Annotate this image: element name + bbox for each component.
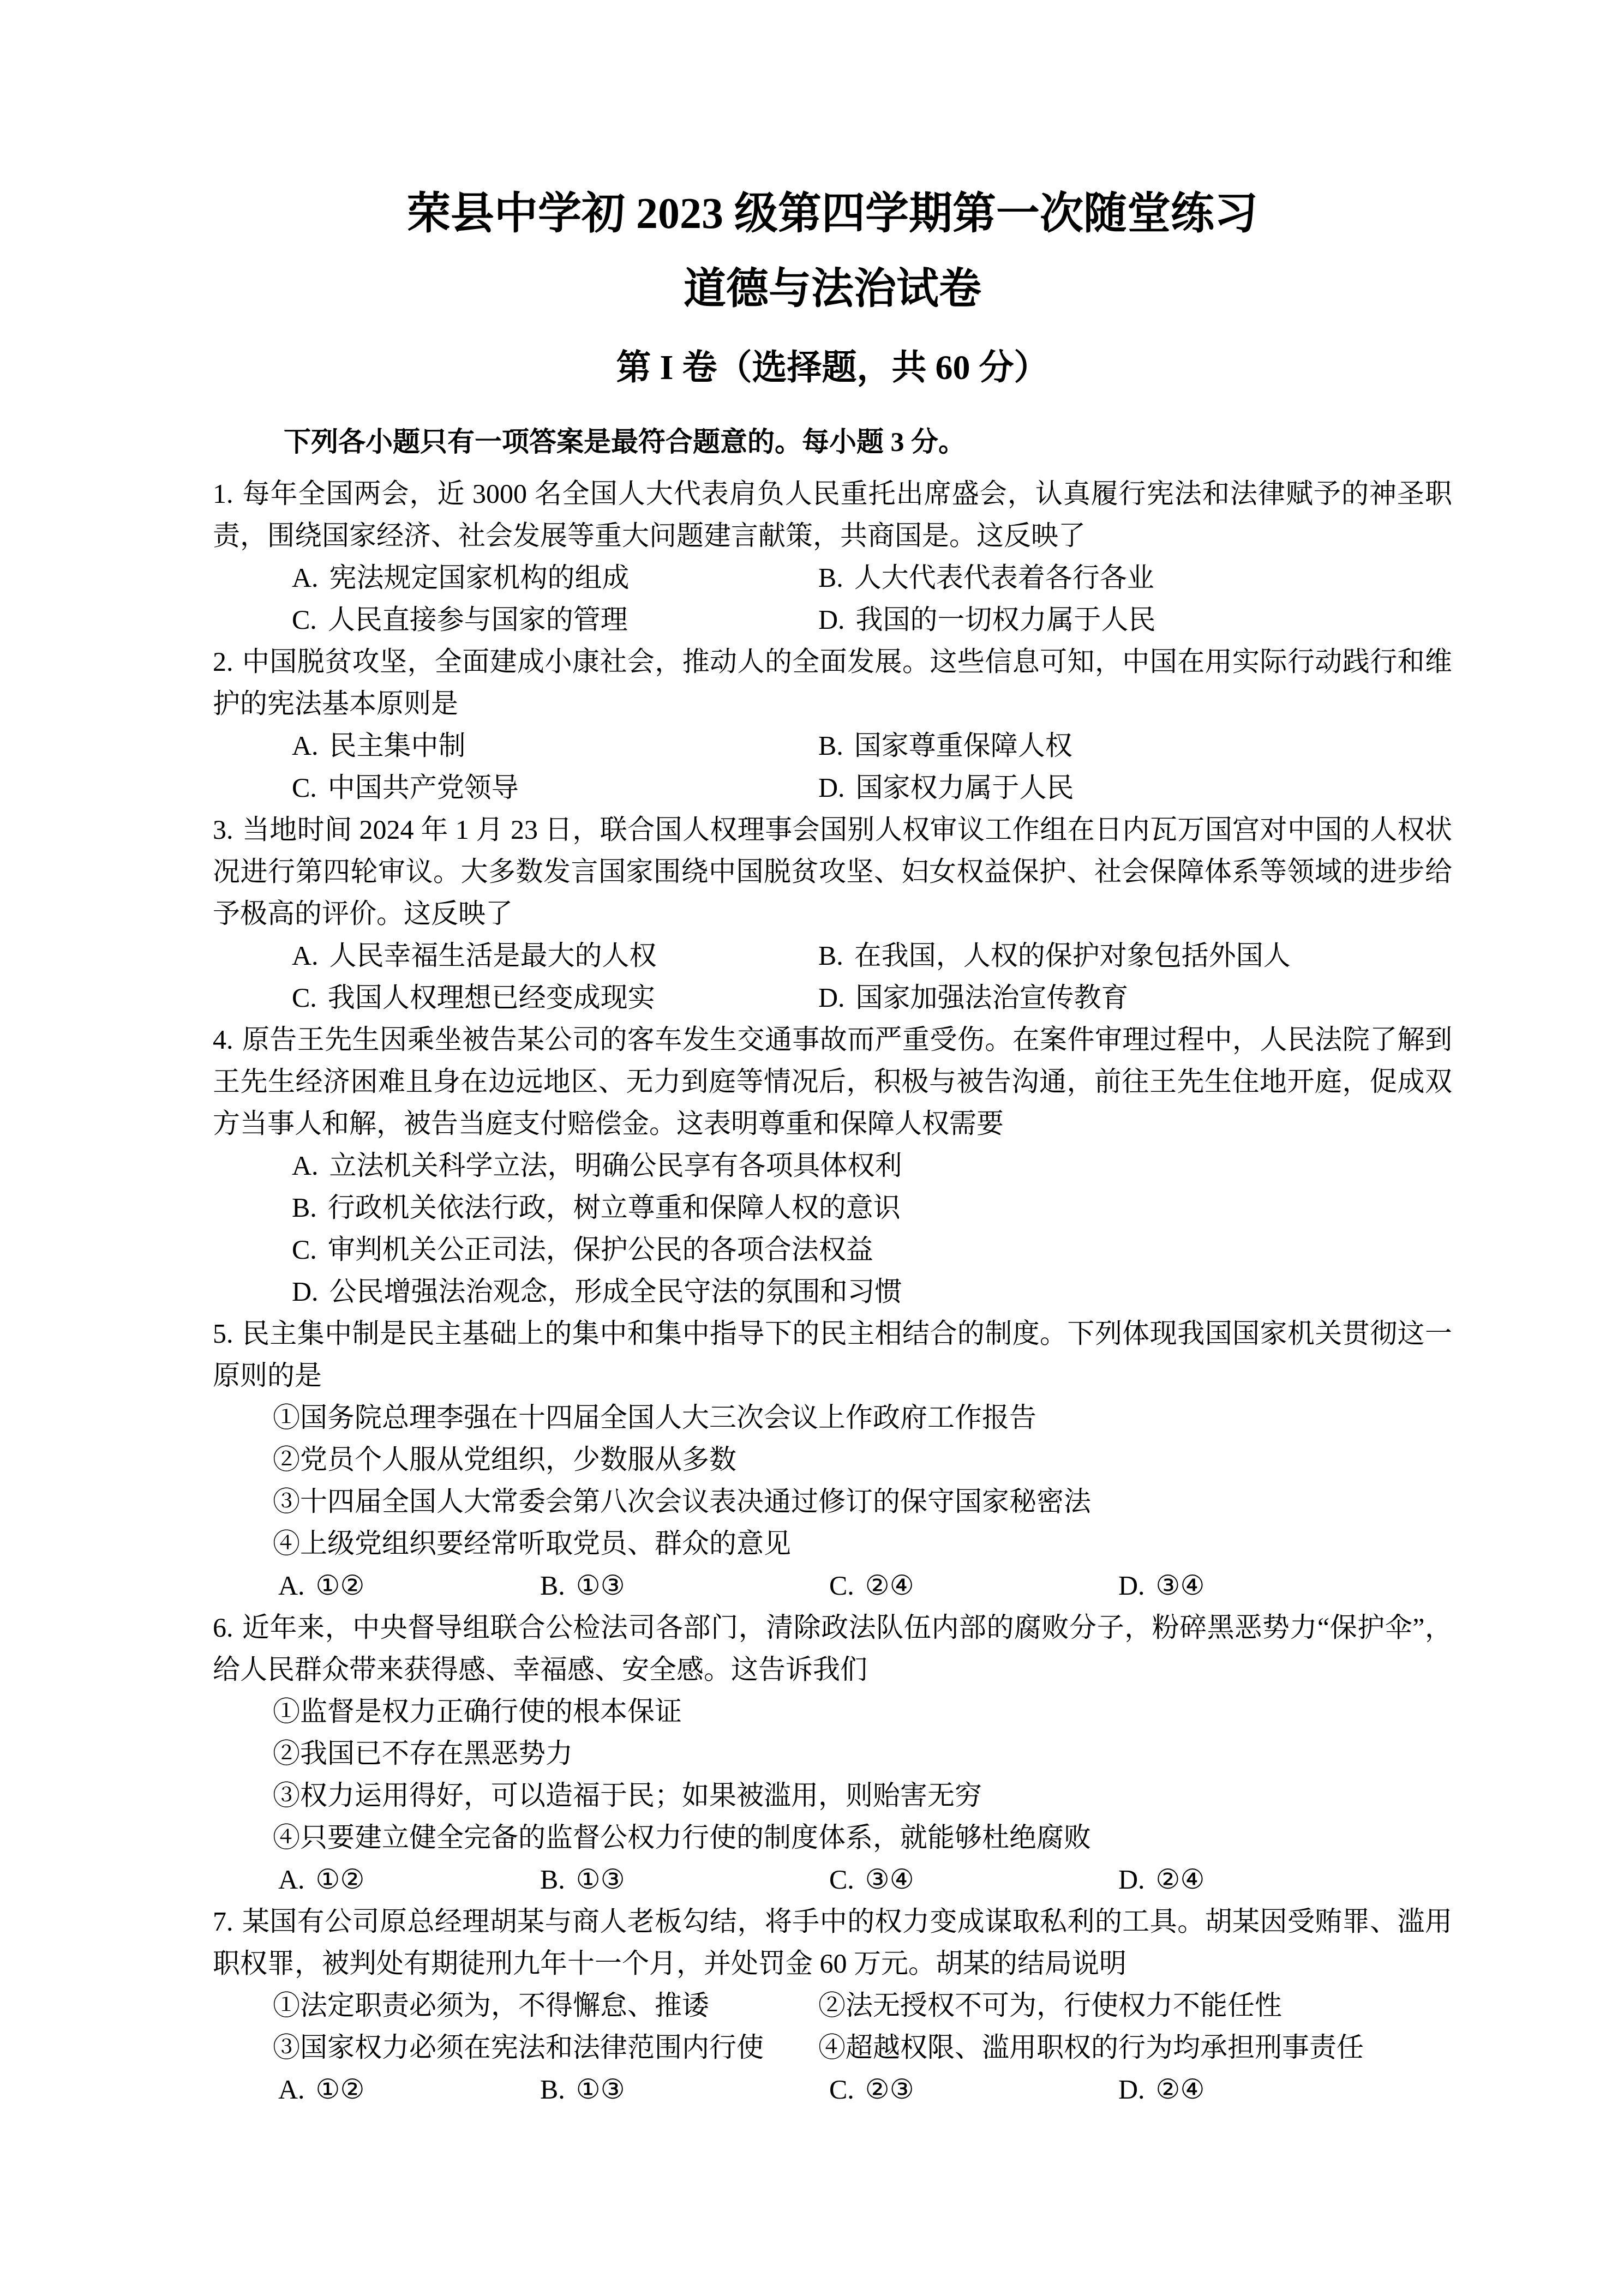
option-text: 人大代表代表着各行各业 (854, 562, 1154, 593)
question-number: 4. (213, 1024, 233, 1055)
statement-4: ④上级党组织要经常听取党员、群众的意见 (273, 1523, 1452, 1565)
option-label: B. (818, 562, 843, 593)
option-text: 立法机关科学立法，明确公民享有各项具体权利 (329, 1150, 902, 1181)
option-b: B.①③ (540, 1859, 829, 1901)
option-text: 民主集中制 (329, 730, 466, 761)
question-4-options: A.立法机关科学立法，明确公民享有各项具体权利 B.行政机关依法行政，树立尊重和… (292, 1145, 1452, 1313)
option-label: B. (292, 1192, 317, 1223)
statement-3: ③国家权力必须在宪法和法律范围内行使 (273, 2027, 818, 2069)
question-4: 4.原告王先生因乘坐被告某公司的客车发生交通事故而严重受伤。在案件审理过程中，人… (213, 1019, 1452, 1313)
question-number: 2. (213, 646, 233, 677)
option-label: B. (540, 1864, 565, 1895)
option-text: ①② (316, 1570, 365, 1601)
question-number: 3. (213, 814, 233, 845)
option-text: ①③ (576, 1570, 625, 1601)
option-d: D.②④ (1118, 1859, 1452, 1901)
section-title: 第 I 卷（选择题，共 60 分） (213, 342, 1452, 393)
option-text: 我国的一切权力属于人民 (856, 604, 1156, 635)
question-7-stem: 7.某国有公司原总经理胡某与商人老板勾结，将手中的权力变成谋取私利的工具。胡某因… (213, 1901, 1452, 1985)
option-label: B. (818, 940, 843, 971)
option-label: C. (829, 1570, 854, 1601)
option-label: A. (292, 1150, 319, 1181)
option-d: D.③④ (1118, 1565, 1452, 1607)
option-label: D. (818, 604, 845, 635)
exam-title: 荣县中学初 2023 级第四学期第一次随堂练习 (213, 185, 1452, 242)
option-label: C. (292, 982, 317, 1013)
statement-2: ②法无授权不可为，行使权力不能任性 (818, 1985, 1452, 2027)
option-text: 中国共产党领导 (328, 772, 519, 803)
option-b: B.在我国，人权的保护对象包括外国人 (818, 935, 1452, 977)
question-4-stem: 4.原告王先生因乘坐被告某公司的客车发生交通事故而严重受伤。在案件审理过程中，人… (213, 1019, 1452, 1145)
option-label: B. (540, 1570, 565, 1601)
option-a: A.立法机关科学立法，明确公民享有各项具体权利 (292, 1145, 1452, 1187)
statement-3: ③十四届全国人大常委会第八次会议表决通过修订的保守国家秘密法 (273, 1481, 1452, 1523)
statement-3: ③权力运用得好，可以造福于民；如果被滥用，则贻害无穷 (273, 1775, 1452, 1817)
option-label: D. (1118, 2074, 1145, 2105)
option-label: D. (818, 982, 845, 1013)
option-a: A.民主集中制 (292, 725, 818, 767)
instruction-text: 下列各小题只有一项答案是最符合题意的。每小题 3 分。 (213, 421, 1452, 463)
option-label: D. (1118, 1570, 1145, 1601)
option-label: A. (292, 940, 319, 971)
question-6-stem: 6.近年来，中央督导组联合公检法司各部门，清除政法队伍内部的腐败分子，粉碎黑恶势… (213, 1607, 1452, 1691)
option-text: 人民直接参与国家的管理 (328, 604, 628, 635)
question-7: 7.某国有公司原总经理胡某与商人老板勾结，将手中的权力变成谋取私利的工具。胡某因… (213, 1901, 1452, 2111)
statement-2: ②党员个人服从党组织，少数服从多数 (273, 1439, 1452, 1481)
option-label: A. (278, 1570, 305, 1601)
option-c: C.我国人权理想已经变成现实 (292, 977, 818, 1019)
question-1-stem: 1.每年全国两会，近 3000 名全国人大代表肩负人民重托出席盛会，认真履行宪法… (213, 473, 1452, 557)
question-number: 1. (213, 478, 233, 509)
question-6: 6.近年来，中央督导组联合公检法司各部门，清除政法队伍内部的腐败分子，粉碎黑恶势… (213, 1607, 1452, 1901)
option-text: ②④ (865, 1570, 914, 1601)
statement-4: ④超越权限、滥用职权的行为均承担刑事责任 (818, 2027, 1452, 2069)
statement-1: ①法定职责必须为，不得懈怠、推诿 (273, 1985, 818, 2027)
option-label: C. (292, 604, 317, 635)
subject-title: 道德与法治试卷 (213, 262, 1452, 316)
option-text: 宪法规定国家机构的组成 (329, 562, 630, 593)
option-text: ①② (316, 1864, 365, 1895)
question-text: 当地时间 2024 年 1 月 23 日，联合国人权理事会国别人权审议工作组在日… (213, 814, 1452, 929)
option-d: D.国家权力属于人民 (818, 767, 1452, 809)
option-b: B.人大代表代表着各行各业 (818, 557, 1452, 599)
option-d: D.我国的一切权力属于人民 (818, 599, 1452, 641)
option-text: ②③ (865, 2074, 914, 2105)
question-5: 5.民主集中制是民主基础上的集中和集中指导下的民主相结合的制度。下列体现我国国家… (213, 1313, 1452, 1607)
question-3-stem: 3.当地时间 2024 年 1 月 23 日，联合国人权理事会国别人权审议工作组… (213, 809, 1452, 935)
option-label: D. (292, 1276, 319, 1307)
option-c: C.人民直接参与国家的管理 (292, 599, 818, 641)
option-c: C.②③ (829, 2069, 1118, 2111)
option-text: 我国人权理想已经变成现实 (328, 982, 655, 1013)
statement-4: ④只要建立健全完备的监督公权力行使的制度体系，就能够杜绝腐败 (273, 1817, 1452, 1859)
option-text: ①③ (576, 2074, 625, 2105)
option-label: D. (1118, 1864, 1145, 1895)
option-label: A. (278, 1864, 305, 1895)
option-c: C.②④ (829, 1565, 1118, 1607)
option-label: C. (292, 772, 317, 803)
option-d: D.公民增强法治观念，形成全民守法的氛围和习惯 (292, 1271, 1452, 1313)
option-a: A.人民幸福生活是最大的人权 (292, 935, 818, 977)
question-3: 3.当地时间 2024 年 1 月 23 日，联合国人权理事会国别人权审议工作组… (213, 809, 1452, 1019)
question-text: 中国脱贫攻坚，全面建成小康社会，推动人的全面发展。这些信息可知，中国在用实际行动… (213, 646, 1452, 719)
option-c: C.中国共产党领导 (292, 767, 818, 809)
question-5-items: ①国务院总理李强在十四届全国人大三次会议上作政府工作报告 ②党员个人服从党组织，… (273, 1397, 1452, 1565)
option-d: D.②④ (1118, 2069, 1452, 2111)
option-text: 国家权力属于人民 (856, 772, 1074, 803)
option-b: B.行政机关依法行政，树立尊重和保障人权的意识 (292, 1187, 1452, 1229)
option-text: 审判机关公正司法，保护公民的各项合法权益 (328, 1234, 873, 1265)
question-7-items-row1: ①法定职责必须为，不得懈怠、推诿 ②法无授权不可为，行使权力不能任性 (273, 1985, 1452, 2027)
option-label: C. (829, 1864, 854, 1895)
statement-2: ②我国已不存在黑恶势力 (273, 1733, 1452, 1775)
option-text: ①③ (576, 1864, 625, 1895)
option-text: ③④ (865, 1864, 914, 1895)
option-text: ②④ (1156, 2074, 1205, 2105)
option-b: B.国家尊重保障人权 (818, 725, 1452, 767)
option-text: 公民增强法治观念，形成全民守法的氛围和习惯 (329, 1276, 902, 1307)
option-text: 人民幸福生活是最大的人权 (329, 940, 657, 971)
option-b: B.①③ (540, 2069, 829, 2111)
question-number: 6. (213, 1612, 233, 1643)
option-label: D. (818, 772, 845, 803)
option-label: C. (292, 1234, 317, 1265)
question-1-options: A.宪法规定国家机构的组成 B.人大代表代表着各行各业 C.人民直接参与国家的管… (292, 557, 1452, 641)
question-number: 5. (213, 1318, 233, 1349)
option-a: A.①② (278, 1565, 540, 1607)
option-a: A.①② (278, 1859, 540, 1901)
option-label: A. (292, 730, 319, 761)
question-7-options: A.①② B.①③ C.②③ D.②④ (278, 2069, 1452, 2111)
option-text: 行政机关依法行政，树立尊重和保障人权的意识 (328, 1192, 901, 1223)
option-text: ②④ (1156, 1864, 1205, 1895)
question-2: 2.中国脱贫攻坚，全面建成小康社会，推动人的全面发展。这些信息可知，中国在用实际… (213, 641, 1452, 809)
question-text: 每年全国两会，近 3000 名全国人大代表肩负人民重托出席盛会，认真履行宪法和法… (213, 478, 1452, 551)
question-2-stem: 2.中国脱贫攻坚，全面建成小康社会，推动人的全面发展。这些信息可知，中国在用实际… (213, 641, 1452, 725)
option-text: 国家尊重保障人权 (854, 730, 1072, 761)
option-a: A.①② (278, 2069, 540, 2111)
option-c: C.③④ (829, 1859, 1118, 1901)
question-7-items-row2: ③国家权力必须在宪法和法律范围内行使 ④超越权限、滥用职权的行为均承担刑事责任 (273, 2027, 1452, 2069)
option-label: B. (540, 2074, 565, 2105)
question-text: 近年来，中央督导组联合公检法司各部门，清除政法队伍内部的腐败分子，粉碎黑恶势力“… (213, 1612, 1452, 1685)
question-3-options: A.人民幸福生活是最大的人权 B.在我国，人权的保护对象包括外国人 C.我国人权… (292, 935, 1452, 1019)
option-label: B. (818, 730, 843, 761)
exam-paper-page: 荣县中学初 2023 级第四学期第一次随堂练习 道德与法治试卷 第 I 卷（选择… (0, 0, 1624, 2296)
question-text: 某国有公司原总经理胡某与商人老板勾结，将手中的权力变成谋取私利的工具。胡某因受贿… (213, 1906, 1452, 1979)
option-label: A. (278, 2074, 305, 2105)
option-text: ①② (316, 2074, 365, 2105)
question-text: 民主集中制是民主基础上的集中和集中指导下的民主相结合的制度。下列体现我国国家机关… (213, 1318, 1452, 1391)
question-6-items: ①监督是权力正确行使的根本保证 ②我国已不存在黑恶势力 ③权力运用得好，可以造福… (273, 1691, 1452, 1859)
question-2-options: A.民主集中制 B.国家尊重保障人权 C.中国共产党领导 D.国家权力属于人民 (292, 725, 1452, 809)
option-d: D.国家加强法治宣传教育 (818, 977, 1452, 1019)
option-c: C.审判机关公正司法，保护公民的各项合法权益 (292, 1229, 1452, 1271)
statement-1: ①国务院总理李强在十四届全国人大三次会议上作政府工作报告 (273, 1397, 1452, 1439)
option-a: A.宪法规定国家机构的组成 (292, 557, 818, 599)
question-5-options: A.①② B.①③ C.②④ D.③④ (278, 1565, 1452, 1607)
question-number: 7. (213, 1906, 233, 1937)
question-6-options: A.①② B.①③ C.③④ D.②④ (278, 1859, 1452, 1901)
question-1: 1.每年全国两会，近 3000 名全国人大代表肩负人民重托出席盛会，认真履行宪法… (213, 473, 1452, 641)
option-text: 国家加强法治宣传教育 (856, 982, 1129, 1013)
option-b: B.①③ (540, 1565, 829, 1607)
question-5-stem: 5.民主集中制是民主基础上的集中和集中指导下的民主相结合的制度。下列体现我国国家… (213, 1313, 1452, 1397)
statement-1: ①监督是权力正确行使的根本保证 (273, 1691, 1452, 1733)
option-label: C. (829, 2074, 854, 2105)
question-text: 原告王先生因乘坐被告某公司的客车发生交通事故而严重受伤。在案件审理过程中，人民法… (213, 1024, 1452, 1139)
option-text: ③④ (1156, 1570, 1205, 1601)
option-label: A. (292, 562, 319, 593)
option-text: 在我国，人权的保护对象包括外国人 (854, 940, 1291, 971)
